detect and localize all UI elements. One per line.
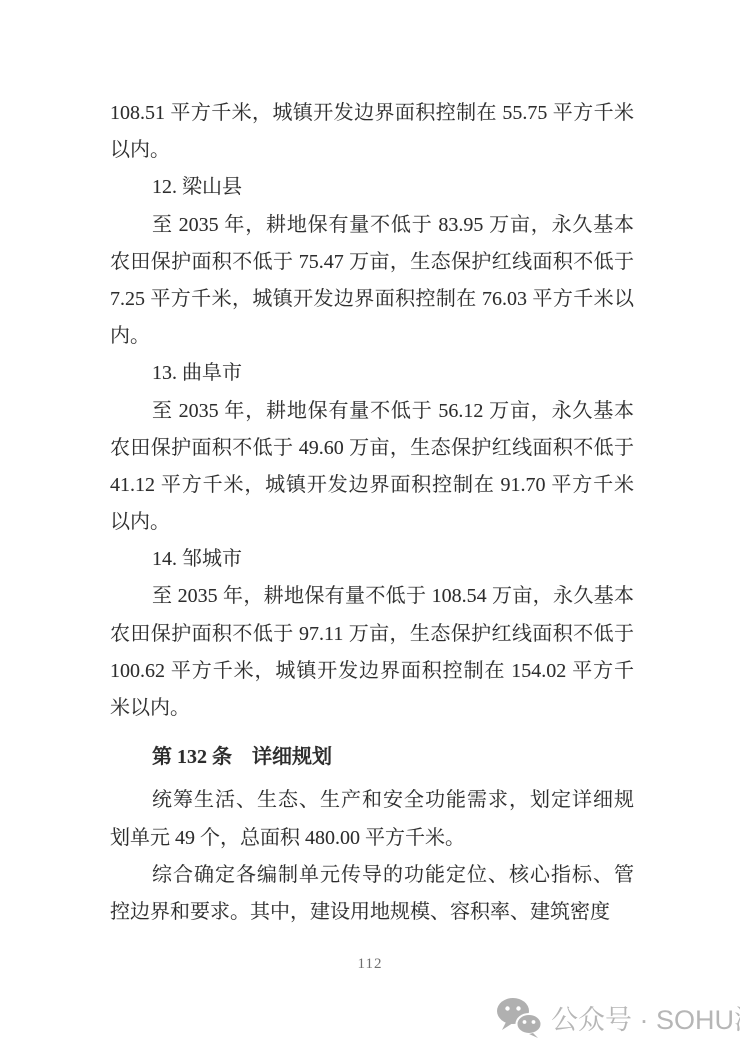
document-line: 米以内。 bbox=[110, 690, 634, 727]
list-item-heading: 12. 梁山县 bbox=[110, 169, 634, 206]
document-line: 108.51 平方千米，城镇开发边界面积控制在 55.75 平方千米 bbox=[110, 95, 634, 132]
document-line: 至 2035 年，耕地保有量不低于 56.12 万亩，永久基本 bbox=[110, 393, 634, 430]
document-line: 41.12 平方千米，城镇开发边界面积控制在 91.70 平方千米 bbox=[110, 467, 634, 504]
document-line: 13. 曲阜市 bbox=[110, 355, 634, 392]
wechat-icon bbox=[496, 996, 542, 1038]
document-page: 108.51 平方千米，城镇开发边界面积控制在 55.75 平方千米以内。12.… bbox=[0, 0, 740, 1047]
document-body: 108.51 平方千米，城镇开发边界面积控制在 55.75 平方千米以内。12.… bbox=[110, 95, 634, 931]
article-heading: 第 132 条 详细规划 bbox=[110, 739, 634, 776]
document-line: 农田保护面积不低于 97.11 万亩，生态保护红线面积不低于 bbox=[110, 616, 634, 653]
watermark: 公众号 · SOHU济宁 bbox=[496, 996, 740, 1038]
document-line: 综合确定各编制单元传导的功能定位、核心指标、管 bbox=[110, 857, 634, 894]
document-line: 以内。 bbox=[110, 132, 634, 169]
document-line: 14. 邹城市 bbox=[110, 541, 634, 578]
document-line: 统筹生活、生态、生产和安全功能需求，划定详细规 bbox=[110, 782, 634, 819]
document-line: 划单元 49 个，总面积 480.00 平方千米。 bbox=[110, 820, 634, 857]
list-item-heading: 13. 曲阜市 bbox=[110, 355, 634, 392]
document-line: 至 2035 年，耕地保有量不低于 108.54 万亩，永久基本 bbox=[110, 578, 634, 615]
document-line: 7.25 平方千米，城镇开发边界面积控制在 76.03 平方千米以 bbox=[110, 281, 634, 318]
page-number: 112 bbox=[0, 956, 740, 973]
watermark-label: 公众号 · SOHU济宁 bbox=[551, 998, 740, 1037]
list-item-heading: 14. 邹城市 bbox=[110, 541, 634, 578]
paragraph: 综合确定各编制单元传导的功能定位、核心指标、管控边界和要求。其中，建设用地规模、… bbox=[110, 857, 634, 931]
document-line: 农田保护面积不低于 75.47 万亩，生态保护红线面积不低于 bbox=[110, 244, 634, 281]
document-line: 以内。 bbox=[110, 504, 634, 541]
document-line: 100.62 平方千米，城镇开发边界面积控制在 154.02 平方千 bbox=[110, 653, 634, 690]
paragraph: 至 2035 年，耕地保有量不低于 83.95 万亩，永久基本农田保护面积不低于… bbox=[110, 207, 634, 356]
paragraph: 108.51 平方千米，城镇开发边界面积控制在 55.75 平方千米以内。 bbox=[110, 95, 634, 169]
paragraph: 至 2035 年，耕地保有量不低于 108.54 万亩，永久基本农田保护面积不低… bbox=[110, 578, 634, 727]
document-line: 农田保护面积不低于 49.60 万亩，生态保护红线面积不低于 bbox=[110, 430, 634, 467]
document-line: 控边界和要求。其中，建设用地规模、容积率、建筑密度 bbox=[110, 894, 634, 931]
document-line: 至 2035 年，耕地保有量不低于 83.95 万亩，永久基本 bbox=[110, 207, 634, 244]
document-line: 12. 梁山县 bbox=[110, 169, 634, 206]
document-line: 内。 bbox=[110, 318, 634, 355]
paragraph: 至 2035 年，耕地保有量不低于 56.12 万亩，永久基本农田保护面积不低于… bbox=[110, 393, 634, 542]
document-line: 第 132 条 详细规划 bbox=[110, 739, 634, 776]
paragraph: 统筹生活、生态、生产和安全功能需求，划定详细规划单元 49 个，总面积 480.… bbox=[110, 782, 634, 856]
